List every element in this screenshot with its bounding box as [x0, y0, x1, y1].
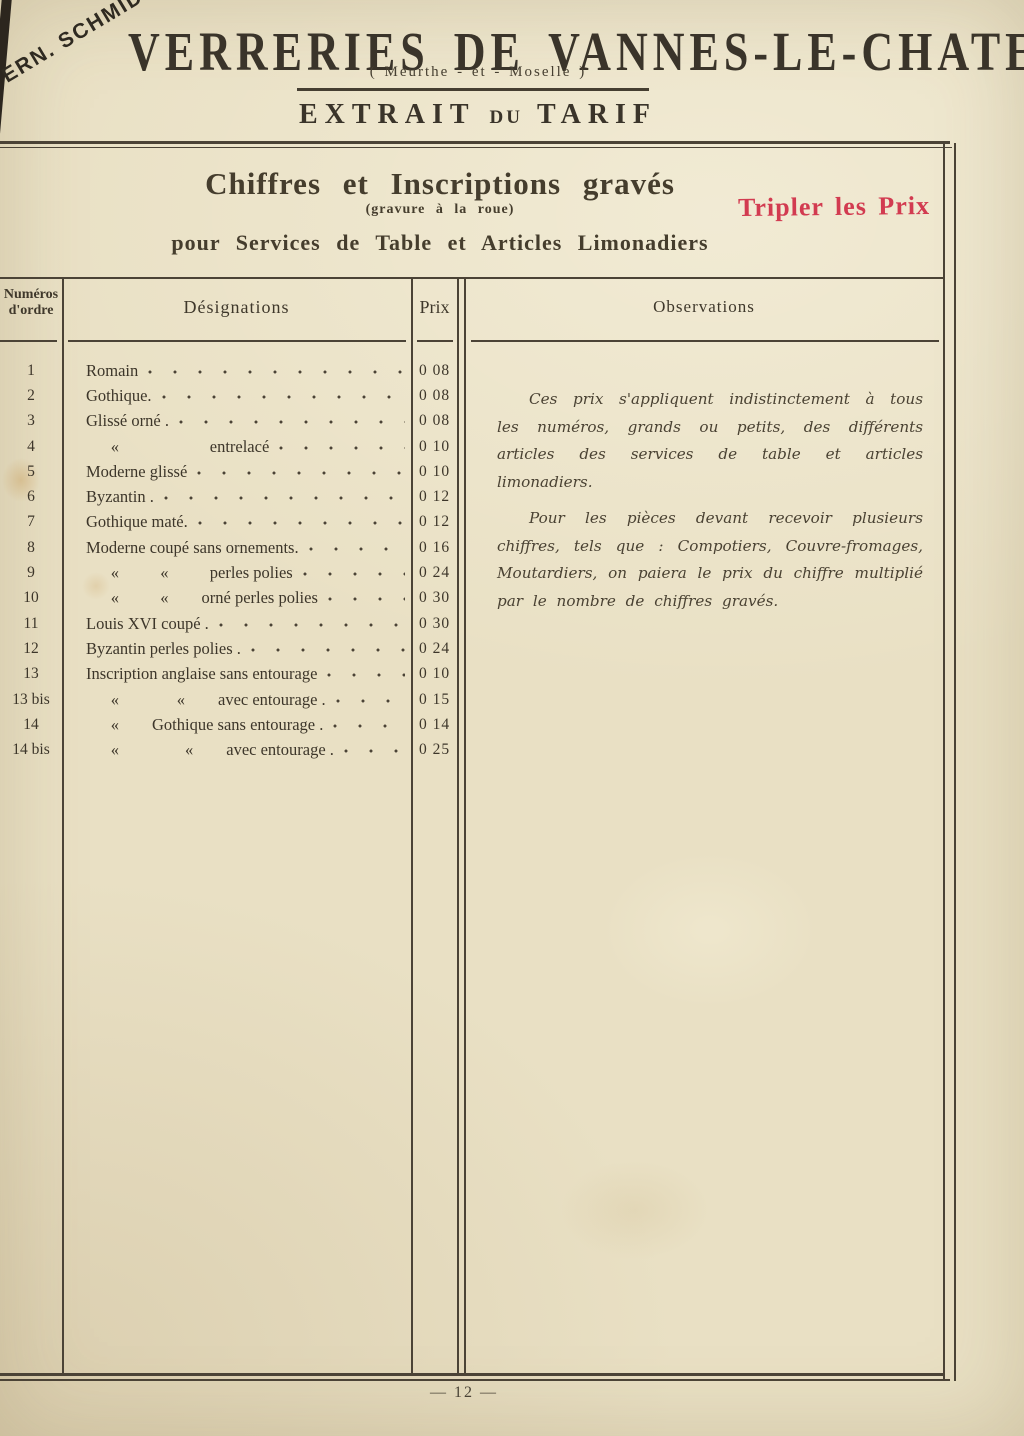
row-price: 0 12	[411, 488, 458, 506]
dot-leader	[162, 395, 405, 399]
dot-leader	[198, 521, 405, 525]
table-row: 10 « « orné perles polies 0 30	[0, 586, 458, 611]
dot-leader	[336, 699, 405, 703]
row-designation-label: « entrelacé	[86, 437, 269, 457]
dot-leader	[328, 597, 405, 601]
dot-leader	[303, 572, 405, 576]
row-designation-label: Glissé orné .	[86, 411, 169, 431]
row-price: 0 10	[411, 463, 458, 481]
section-subtitle: (gravure à la roue)	[60, 202, 820, 218]
page-number: — 12 —	[0, 1384, 928, 1402]
observations-text: Ces prix s'appliquent indistinctement à …	[497, 386, 923, 624]
dot-leader	[279, 446, 405, 450]
row-designation: « « avec entourage .	[62, 740, 411, 760]
column-header-designations: Désignations	[62, 297, 411, 318]
tripler-les-prix-stamp: Tripler les Prix	[738, 191, 930, 223]
owner-stamp: ERN. SCHMID	[0, 0, 148, 88]
table-row: 14 bis « « avec entourage . 0 25	[0, 737, 458, 762]
observations-paragraph-1: Ces prix s'appliquent indistinctement à …	[497, 386, 923, 496]
section-title: Chiffres et Inscriptions gravés	[60, 166, 820, 202]
table-top-rule	[0, 277, 945, 279]
row-designation: Byzantin perles polies .	[62, 639, 411, 659]
column-header-observations: Observations	[465, 297, 943, 317]
table-row: 5 Moderne glissé 0 10	[0, 459, 458, 484]
table-row: 1 Romain 0 08	[0, 358, 458, 383]
row-designation: Louis XVI coupé .	[62, 614, 411, 634]
table-row: 4 « entrelacé 0 10	[0, 434, 458, 459]
frame-top-rule-inner	[0, 147, 952, 148]
row-price: 0 24	[411, 564, 458, 582]
row-price: 0 10	[411, 438, 458, 456]
table-row: 8 Moderne coupé sans ornements. 0 16	[0, 535, 458, 560]
row-number: 13	[0, 665, 62, 683]
table-row: 3 Glissé orné . 0 08	[0, 409, 458, 434]
extrait-du-tarif-title: EXTRAIT DU TARIF	[128, 99, 828, 131]
row-designation: « « orné perles polies	[62, 588, 411, 608]
row-number: 5	[0, 463, 62, 481]
row-price: 0 15	[411, 691, 458, 709]
row-price: 0 14	[411, 716, 458, 734]
table-row: 14 « Gothique sans entourage . 0 14	[0, 712, 458, 737]
row-price: 0 10	[411, 665, 458, 683]
frame-top-rule-outer	[0, 141, 950, 144]
row-designation-label: « « avec entourage .	[86, 690, 326, 710]
row-designation: Moderne glissé	[62, 462, 411, 482]
row-designation: « « perles polies	[62, 563, 411, 583]
row-designation-label: « « avec entourage .	[86, 740, 334, 760]
table-row: 6 Byzantin . 0 12	[0, 484, 458, 509]
row-price: 0 24	[411, 640, 458, 658]
dot-leader	[327, 673, 405, 677]
table-row: 13 bis « « avec entourage . 0 15	[0, 687, 458, 712]
du-word: DU	[490, 107, 523, 128]
row-designation-label: Inscription anglaise sans entourage	[86, 664, 317, 684]
row-number: 10	[0, 589, 62, 607]
header-underline-prix	[417, 340, 453, 342]
dot-leader	[164, 496, 405, 500]
row-price: 0 16	[411, 539, 458, 557]
table-row: 2 Gothique. 0 08	[0, 383, 458, 408]
row-designation: Inscription anglaise sans entourage	[62, 664, 411, 684]
row-designation-label: Byzantin perles polies .	[86, 639, 241, 659]
dot-leader	[219, 623, 405, 627]
frame-bottom-rule-outer	[0, 1379, 950, 1381]
dot-leader	[197, 471, 405, 475]
table-row: 13 Inscription anglaise sans entourage 0…	[0, 662, 458, 687]
row-designation-label: « « perles polies	[86, 563, 293, 583]
row-designation-label: « Gothique sans entourage .	[86, 715, 323, 735]
tarif-word: TARIF	[537, 99, 657, 130]
row-designation: Glissé orné .	[62, 411, 411, 431]
row-price: 0 30	[411, 589, 458, 607]
row-number: 2	[0, 387, 62, 405]
column-divider-observations-outer	[464, 278, 466, 1374]
row-designation-label: Louis XVI coupé .	[86, 614, 209, 634]
dot-leader	[251, 648, 405, 652]
row-number: 14 bis	[0, 741, 62, 759]
header-divider-rule	[297, 88, 649, 91]
row-price: 0 25	[411, 741, 458, 759]
row-designation-label: Moderne glissé	[86, 462, 187, 482]
row-number: 6	[0, 488, 62, 506]
extrait-word: EXTRAIT	[299, 99, 476, 130]
row-designation-label: Romain	[86, 361, 138, 381]
row-designation: « Gothique sans entourage .	[62, 715, 411, 735]
row-number: 3	[0, 412, 62, 430]
row-designation: Moderne coupé sans ornements.	[62, 538, 411, 558]
observations-paragraph-2: Pour les pièces devant recevoir plusieur…	[497, 505, 923, 615]
dot-leader	[333, 724, 405, 728]
row-number: 8	[0, 539, 62, 557]
table-row: 11 Louis XVI coupé . 0 30	[0, 611, 458, 636]
row-number: 1	[0, 362, 62, 380]
paper-highlight	[600, 850, 820, 1010]
column-header-prix: Prix	[411, 297, 458, 318]
row-designation-label: Gothique maté.	[86, 512, 188, 532]
frame-right-rule-outer	[954, 143, 956, 1381]
dot-leader	[179, 420, 405, 424]
frame-right-rule-inner	[943, 141, 945, 1379]
row-number: 14	[0, 716, 62, 734]
department-subtitle: ( Meurthe - et - Moselle )	[128, 64, 828, 81]
row-designation: Byzantin .	[62, 487, 411, 507]
table-row: 7 Gothique maté. 0 12	[0, 510, 458, 535]
row-price: 0 12	[411, 513, 458, 531]
column-header-numeros-line1: Numéros	[0, 287, 62, 303]
row-designation-label: « « orné perles polies	[86, 588, 318, 608]
row-price: 0 08	[411, 412, 458, 430]
row-number: 7	[0, 513, 62, 531]
row-number: 4	[0, 438, 62, 456]
row-designation-label: Moderne coupé sans ornements.	[86, 538, 299, 558]
row-designation-label: Gothique.	[86, 386, 152, 406]
row-designation: « « avec entourage .	[62, 690, 411, 710]
dot-leader	[309, 547, 405, 551]
column-header-numeros-line2: d'ordre	[0, 303, 62, 319]
header-underline-designations	[68, 340, 406, 342]
table-row: 9 « « perles polies 0 24	[0, 560, 458, 585]
paper-stain	[560, 1160, 710, 1260]
row-designation: Romain	[62, 361, 411, 381]
row-designation: « entrelacé	[62, 437, 411, 457]
header-underline-observations	[471, 340, 939, 342]
row-designation: Gothique maté.	[62, 512, 411, 532]
column-header-numeros: Numéros d'ordre	[0, 287, 62, 319]
section-audience: pour Services de Table et Articles Limon…	[60, 230, 820, 256]
row-designation: Gothique.	[62, 386, 411, 406]
row-designation-label: Byzantin .	[86, 487, 154, 507]
tariff-page: ERN. SCHMID VERRERIES DE VANNES-LE-CHATE…	[0, 0, 1024, 1436]
table-rows: 1 Romain 0 08 2 Gothique. 0 08 3 Glissé …	[0, 358, 458, 763]
row-number: 12	[0, 640, 62, 658]
row-price: 0 08	[411, 362, 458, 380]
dot-leader	[344, 749, 405, 753]
row-number: 11	[0, 615, 62, 633]
row-price: 0 08	[411, 387, 458, 405]
row-price: 0 30	[411, 615, 458, 633]
row-number: 13 bis	[0, 691, 62, 709]
row-number: 9	[0, 564, 62, 582]
header-underline-numeros	[0, 340, 57, 342]
frame-bottom-rule-inner	[0, 1373, 945, 1376]
dot-leader	[148, 370, 405, 374]
table-row: 12 Byzantin perles polies . 0 24	[0, 636, 458, 661]
